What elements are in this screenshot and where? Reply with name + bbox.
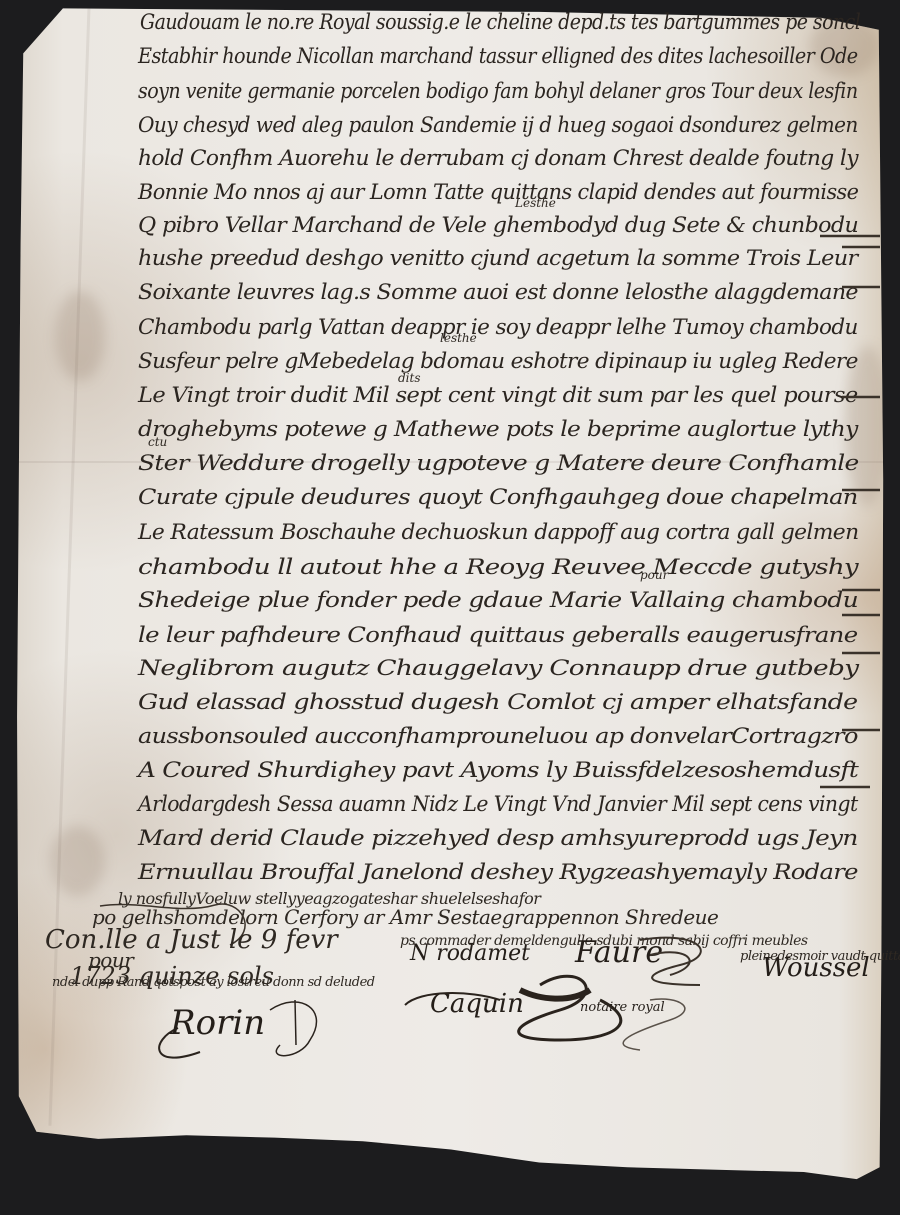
manuscript-line: A Coured Shurdighey pavt Ayoms ly Buissf… — [138, 758, 858, 782]
manuscript-line: Estabhir hounde Nicollan marchand tassur… — [138, 44, 858, 68]
manuscript-line: aussbonsouled aucconfhamprouneluou ap do… — [138, 724, 858, 748]
signature: Caquin — [430, 989, 524, 1019]
manuscript-line: Neglibrom augutz Chauggelavy Connaupp dr… — [138, 656, 858, 680]
manuscript-line: Gaudouam le no.re Royal soussig.e le che… — [140, 10, 860, 34]
signature: Faure — [575, 935, 663, 970]
water-stain — [50, 826, 105, 896]
manuscript-line: chambodu ll autout hhe a Reoyg Reuvee Me… — [138, 555, 858, 579]
manuscript-line: Le Ratessum Boschauhe dechuoskun dappoff… — [138, 520, 859, 544]
manuscript-line: Arlodargdesh Sessa auamn Nidz Le Vingt V… — [138, 792, 858, 816]
manuscript-line: Gud elassad ghosstud dugesh Comlot cj am… — [138, 690, 857, 714]
control-mark-signature: Rorin — [170, 1003, 265, 1043]
manuscript-line: hold Confhm Auorehu le derrubam cj donam… — [138, 146, 858, 170]
signature: notaire royal — [580, 1000, 665, 1015]
interlinear-insertion: ctu — [148, 435, 167, 449]
manuscript-line: Bonnie Mo nnos aj aur Lomn Tatte quittan… — [138, 180, 858, 204]
water-stain — [55, 291, 105, 381]
interlinear-insertion: dits — [398, 371, 421, 385]
signature: Woussel — [762, 953, 870, 983]
manuscript-line: Soixante leuvres lag.s Somme auoi est do… — [138, 280, 858, 304]
interlinear-insertion: Lesthe — [515, 196, 556, 210]
manuscript-line: Ster Weddure drogelly ugpoteve g Matere … — [138, 451, 859, 475]
manuscript-line: hushe preedud deshgo venitto cjund acget… — [138, 246, 858, 270]
manuscript-line: droghebyms potewe g Mathewe pots le bepr… — [138, 417, 858, 441]
manuscript-line: le leur pafhdeure Confhaud quittaus gebe… — [138, 623, 857, 647]
manuscript-line: Shedeige plue fonder pede gdaue Marie Va… — [138, 588, 858, 612]
manuscript-line: Susfeur pelre gMebedelag bdomau eshotre … — [138, 349, 858, 373]
manuscript-line: Mard derid Claude pizzehyed desp amhsyur… — [138, 826, 858, 850]
manuscript-line: soyn venite germanie porcelen bodigo fam… — [138, 79, 858, 103]
manuscript-line: Curate cjpule deudures quoyt Confhgauhge… — [138, 485, 858, 509]
manuscript-line: Ouy chesyd wed aleg paulon Sandemie ij d… — [138, 113, 858, 137]
control-mark-line-1: Con.lle a Just le 9 fevr — [45, 925, 338, 955]
manuscript-line: Le Vingt troir dudit Mil sept cent vingt… — [138, 383, 858, 407]
manuscript-line: Q pibro Vellar Marchand de Vele ghembody… — [138, 213, 858, 237]
interlinear-insertion: lesthe — [440, 331, 477, 345]
manuscript-line: Chambodu parlg Vattan deappr ie soy deap… — [138, 315, 858, 339]
paper-fold-line — [48, 6, 90, 1125]
manuscript-line: Ernuullau Brouffal Janelond deshey Rygze… — [138, 860, 858, 884]
signature: N rodamet — [410, 941, 530, 966]
control-mark-line-2: 1723 quinze sols — [70, 962, 274, 990]
interlinear-insertion: pour — [640, 568, 668, 582]
